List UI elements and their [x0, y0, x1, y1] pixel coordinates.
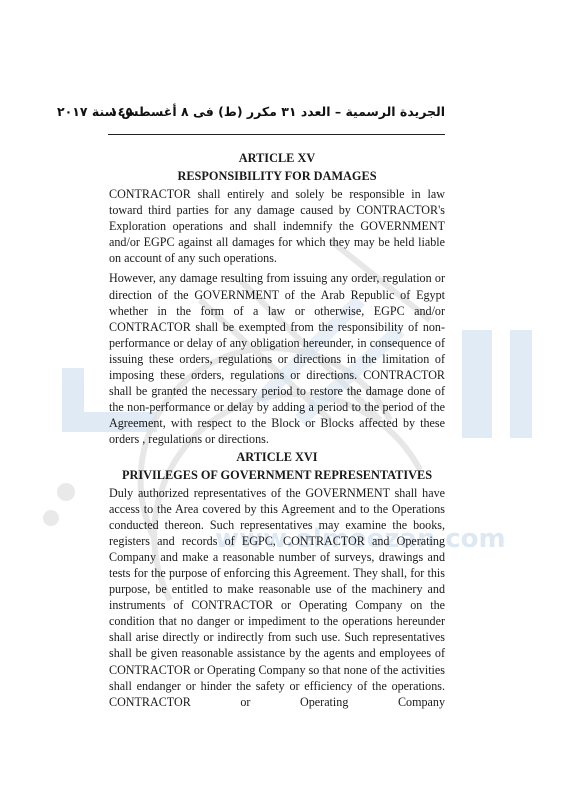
document-body: ARTICLE XV RESPONSIBILITY FOR DAMAGES CO…	[109, 150, 445, 714]
article-number: ARTICLE XV	[109, 150, 445, 167]
gazette-header: الجريدة الرسمية – العدد ٣١ مكرر (ط) فى ٨…	[108, 104, 445, 136]
paragraph: Duly authorized representatives of the G…	[109, 485, 445, 710]
article-heading: RESPONSIBILITY FOR DAMAGES	[109, 168, 445, 185]
article-15: ARTICLE XV RESPONSIBILITY FOR DAMAGES CO…	[109, 150, 445, 448]
article-16: ARTICLE XVI PRIVILEGES OF GOVERNMENT REP…	[109, 449, 445, 710]
article-number: ARTICLE XVI	[109, 449, 445, 466]
paragraph: However, any damage resulting from issui…	[109, 270, 445, 447]
paragraph: CONTRACTOR shall entirely and solely be …	[109, 186, 445, 266]
gazette-title: الجريدة الرسمية – العدد ٣١ مكرر (ط) فى ٨…	[108, 104, 445, 119]
header-divider	[108, 134, 445, 135]
article-heading: PRIVILEGES OF GOVERNMENT REPRESENTATIVES	[109, 467, 445, 484]
page-number: ١٤٥	[110, 104, 133, 119]
